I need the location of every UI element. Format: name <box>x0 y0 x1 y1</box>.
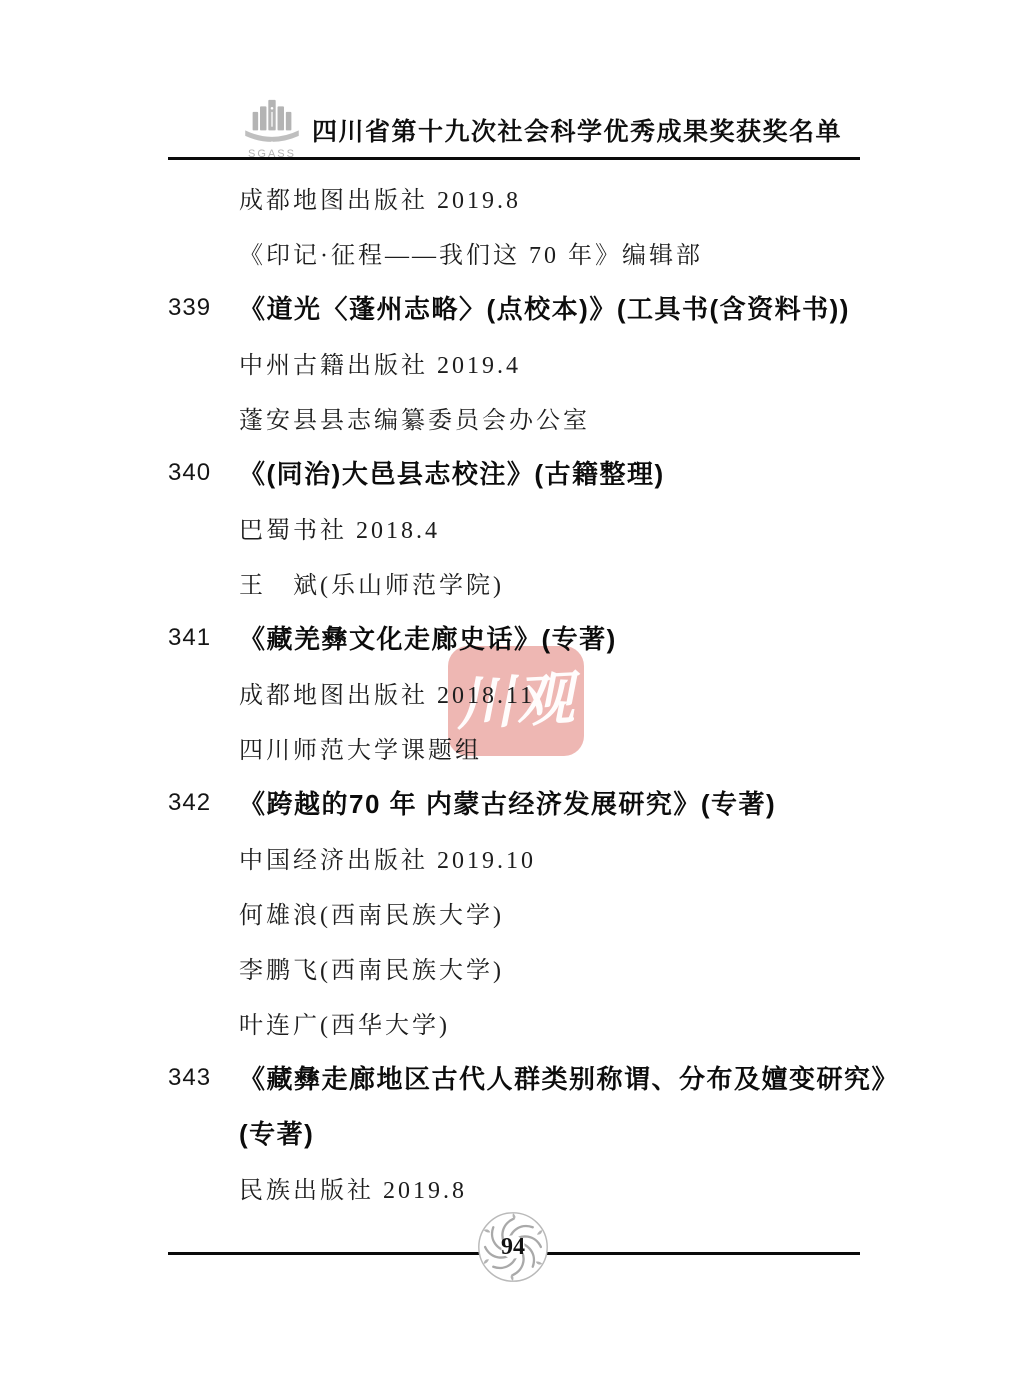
header-rule <box>168 157 860 160</box>
entry-line: 340《(同治)大邑县志校注》(古籍整理) <box>0 445 1024 500</box>
entry-continuation-line: 成都地图出版社 2019.8 <box>0 170 1024 225</box>
entry-detail: 中州古籍出版社 2019.4 <box>239 345 521 380</box>
entry-continuation-line: 《印记·征程——我们这 70 年》编辑部 <box>0 225 1024 280</box>
entry-line: 343《藏彝走廊地区古代人群类别称谓、分布及嬗变研究》 <box>0 1050 1024 1105</box>
award-entry-list: 成都地图出版社 2019.8《印记·征程——我们这 70 年》编辑部339《道光… <box>0 170 1024 1215</box>
entry-number: 339 <box>168 294 211 322</box>
entry-detail: 成都地图出版社 2018.11 <box>239 675 535 710</box>
entry-detail: 蓬安县县志编纂委员会办公室 <box>239 400 590 435</box>
entry-number: 340 <box>168 459 211 487</box>
entry-number: 341 <box>168 624 211 652</box>
entry-number: 342 <box>168 789 211 817</box>
entry-title: (专著) <box>239 1114 314 1151</box>
entry-detail: 四川师范大学课题组 <box>239 730 482 765</box>
entry-detail: 《印记·征程——我们这 70 年》编辑部 <box>239 235 703 270</box>
entry-continuation-line: 蓬安县县志编纂委员会办公室 <box>0 390 1024 445</box>
entry-continuation-line: 李鹏飞(西南民族大学) <box>0 940 1024 995</box>
entry-continuation-line: 何雄浪(西南民族大学) <box>0 885 1024 940</box>
entry-continuation-line: 四川师范大学课题组 <box>0 720 1024 775</box>
entry-title: 《藏彝走廊地区古代人群类别称谓、分布及嬗变研究》 <box>239 1059 899 1096</box>
entry-title: 《藏羌彝文化走廊史话》(专著) <box>239 619 617 656</box>
entry-continuation-line: 成都地图出版社 2018.11 <box>0 665 1024 720</box>
page-number: 94 <box>477 1211 549 1283</box>
entry-detail: 成都地图出版社 2019.8 <box>239 180 521 215</box>
entry-detail: 李鹏飞(西南民族大学) <box>239 950 504 985</box>
entry-continuation-line: 巴蜀书社 2018.4 <box>0 500 1024 555</box>
entry-detail: 王 斌(乐山师范学院) <box>239 565 504 600</box>
entry-detail: 巴蜀书社 2018.4 <box>239 510 440 545</box>
entry-detail: 何雄浪(西南民族大学) <box>239 895 504 930</box>
entry-line: 339《道光〈蓬州志略〉(点校本)》(工具书(含资料书)) <box>0 280 1024 335</box>
entry-detail: 中国经济出版社 2019.10 <box>239 840 536 875</box>
entry-continuation-line: 中州古籍出版社 2019.4 <box>0 335 1024 390</box>
entry-title: 《道光〈蓬州志略〉(点校本)》(工具书(含资料书)) <box>239 289 850 326</box>
entry-number: 343 <box>168 1064 211 1092</box>
sgass-logo-icon <box>242 99 302 147</box>
sgass-logo: SGASS <box>238 99 306 160</box>
entry-line: 341《藏羌彝文化走廊史话》(专著) <box>0 610 1024 665</box>
entry-continuation-line: (专著) <box>0 1105 1024 1160</box>
entry-continuation-line: 民族出版社 2019.8 <box>0 1160 1024 1215</box>
entry-detail: 叶连广(西华大学) <box>239 1005 450 1040</box>
document-page: SGASS 四川省第十九次社会科学优秀成果奖获奖名单 川观 成都地图出版社 20… <box>0 0 1024 1380</box>
entry-continuation-line: 叶连广(西华大学) <box>0 995 1024 1050</box>
entry-continuation-line: 中国经济出版社 2019.10 <box>0 830 1024 885</box>
entry-title: 《跨越的70 年 内蒙古经济发展研究》(专著) <box>239 784 776 821</box>
entry-detail: 民族出版社 2019.8 <box>239 1170 467 1205</box>
entry-title: 《(同治)大邑县志校注》(古籍整理) <box>239 454 665 491</box>
entry-line: 342《跨越的70 年 内蒙古经济发展研究》(专著) <box>0 775 1024 830</box>
entry-continuation-line: 王 斌(乐山师范学院) <box>0 555 1024 610</box>
page-title: 四川省第十九次社会科学优秀成果奖获奖名单 <box>312 112 842 148</box>
